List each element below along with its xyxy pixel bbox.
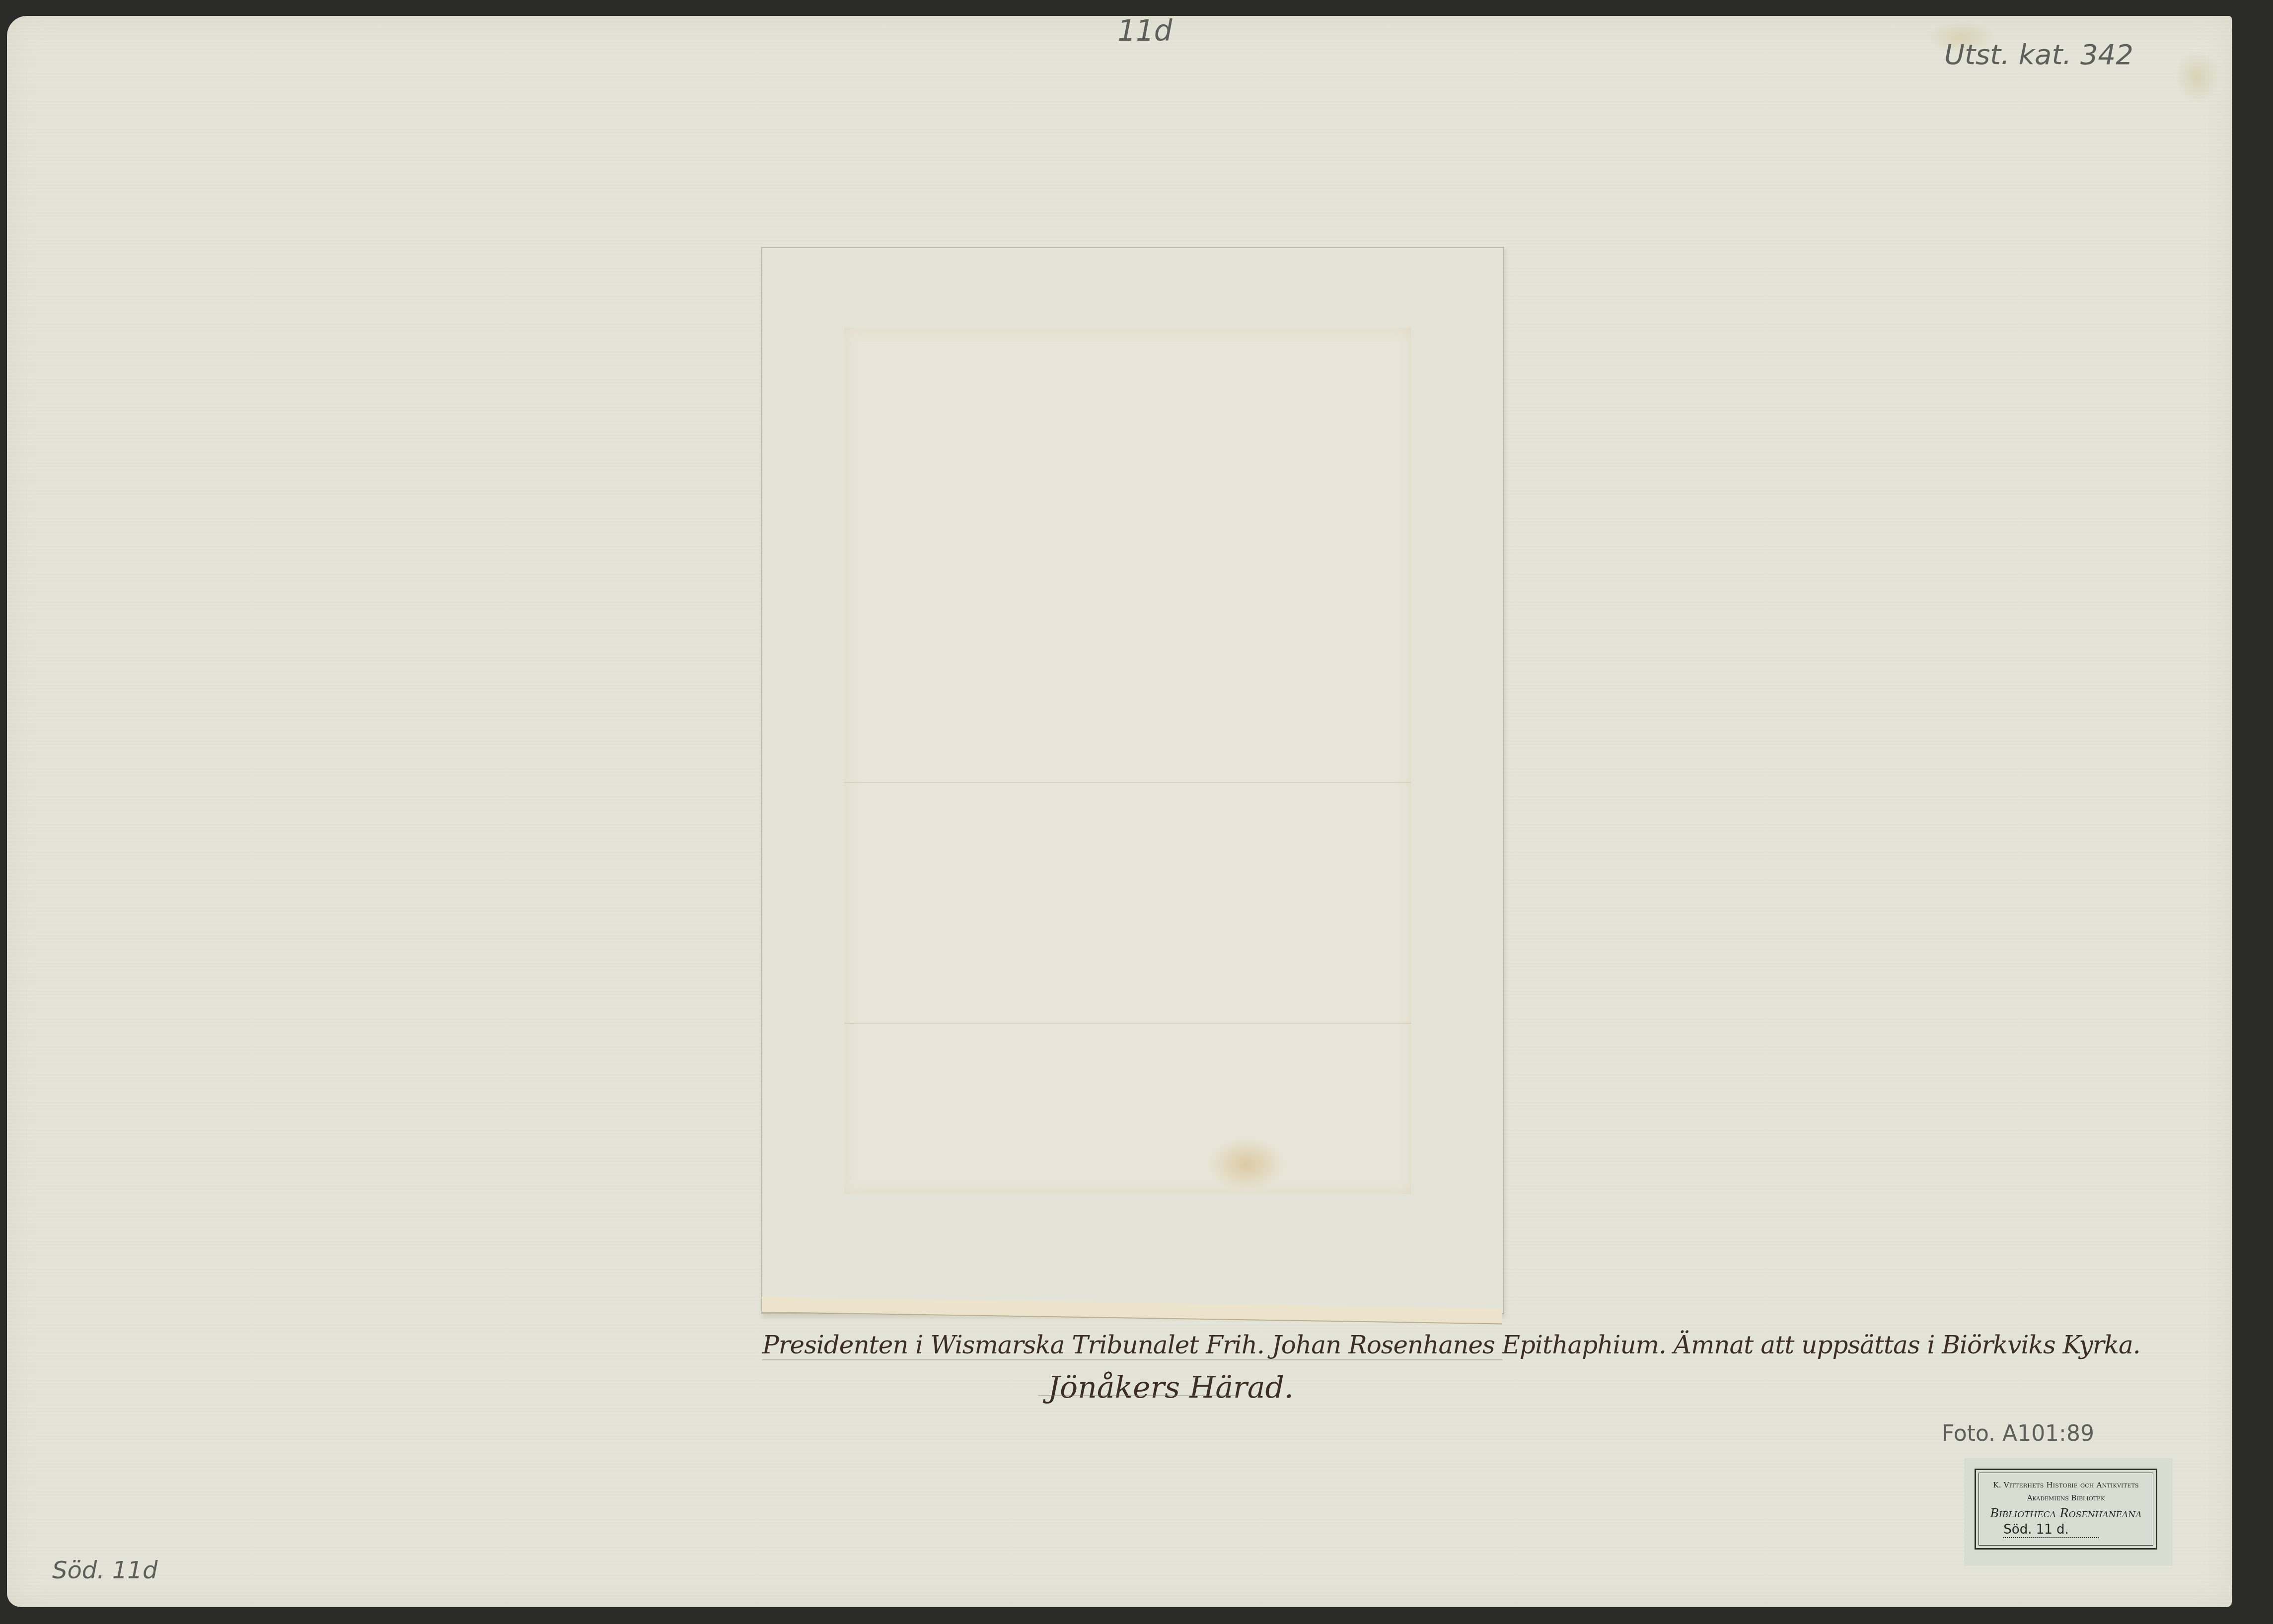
library-label-content: K. Vitterhets Historie och Antikvitets A…: [1979, 1473, 2153, 1546]
shelf-mark-pencil: Söd. 11d: [52, 1556, 157, 1584]
leaf-stain: [1207, 1137, 1286, 1192]
inner-document-leaf: [844, 328, 1411, 1194]
label-library: Akademiens Bibliotek: [2027, 1493, 2105, 1502]
caption-rule: [1038, 1395, 1237, 1396]
top-pencil-mark: 11d: [1117, 14, 1173, 48]
caption-district: Jönåkers Härad.: [1048, 1370, 1294, 1405]
caption-rule: [762, 1359, 1502, 1360]
caption-title: Presidenten i Wismarska Tribunalet Frih.…: [762, 1331, 2140, 1359]
fold-line: [844, 1023, 1411, 1024]
label-shelf-mark: Söd. 11 d.: [2003, 1522, 2099, 1538]
fold-line: [844, 782, 1411, 783]
library-label-frame: K. Vitterhets Historie och Antikvitets A…: [1975, 1469, 2157, 1550]
label-collection: Bibliotheca Rosenhaneana: [1990, 1506, 2141, 1520]
label-institution: K. Vitterhets Historie och Antikvitets: [1993, 1481, 2138, 1489]
paper-stain: [2175, 50, 2220, 104]
exhibition-catalog-mark: Utst. kat. 342: [1944, 39, 2133, 71]
photo-reference-mark: Foto. A101:89: [1942, 1421, 2094, 1446]
